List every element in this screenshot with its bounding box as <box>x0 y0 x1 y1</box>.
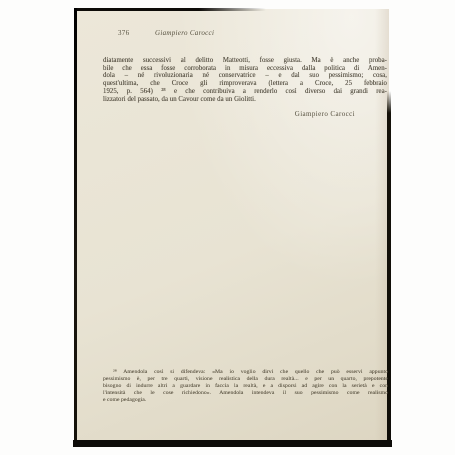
body-text-line: bile che essa fosse corroborata in misur… <box>103 65 387 73</box>
running-head-title: Giampiero Carocci <box>155 29 214 37</box>
body-text-line: 1925, p. 564) ²⁸ e che contribuiva a ren… <box>103 88 387 96</box>
author-signature: Giampiero Carocci <box>103 110 387 118</box>
book-page: 376 Giampiero Carocci diatamente success… <box>77 9 389 441</box>
footnote-line: l'intensità che le cose richiedono». Ame… <box>103 390 388 397</box>
scan-edge-bottom <box>73 440 392 447</box>
body-paragraph: diatamente successivi al delitto Matteot… <box>103 57 387 103</box>
footnote-line: e come pedagogia. <box>103 397 388 404</box>
footnote-line: pessimismo è, per tre quarti, visione re… <box>103 376 388 383</box>
footnote-line: ²⁸ Amendola così si difendeva: «Ma io vo… <box>103 369 388 376</box>
body-text-line: lizzatori del passato, da un Cavour come… <box>103 96 387 104</box>
footnote: ²⁸ Amendola così si difendeva: «Ma io vo… <box>103 369 388 404</box>
body-text-line: quest'ultima, che Croce gli rimproverava… <box>103 80 387 88</box>
body-text-line: diatamente successivi al delitto Matteot… <box>103 57 387 65</box>
scan-canvas: 376 Giampiero Carocci diatamente success… <box>0 0 455 455</box>
author-signature-text: Giampiero Carocci <box>295 110 355 118</box>
scan-edge-top <box>74 8 266 11</box>
page-number: 376 <box>118 29 129 37</box>
footnote-line: bisogno di indurre altri a guardare in f… <box>103 383 388 390</box>
scan-edge-left <box>74 8 77 444</box>
body-text-line: dola – né rivoluzionaria né conservatric… <box>103 72 387 80</box>
